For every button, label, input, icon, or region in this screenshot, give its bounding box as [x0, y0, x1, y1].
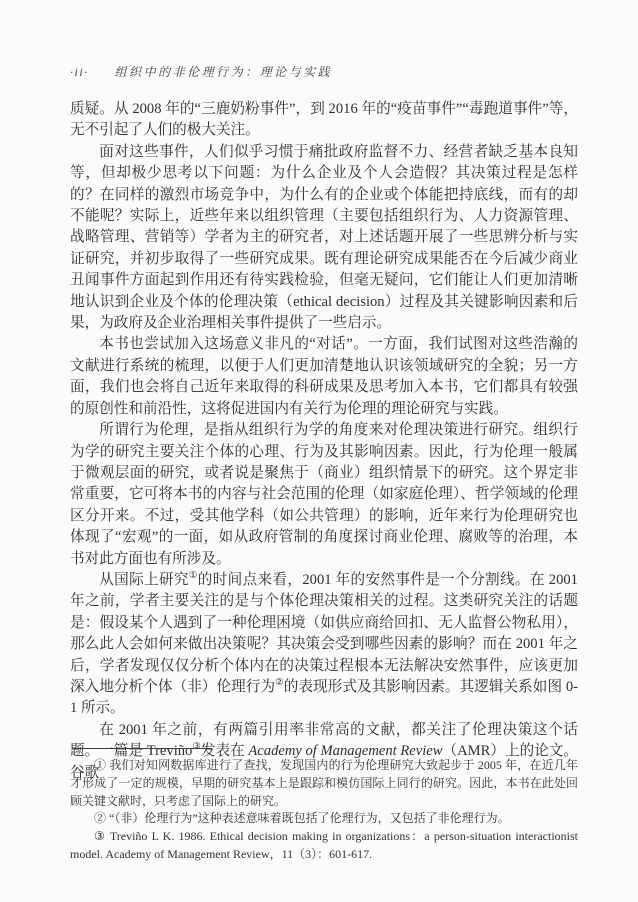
page-header: ·ii· 组织中的非伦理行为：理论与实践	[70, 63, 578, 80]
body-paragraph: 质疑。从 2008 年的“三鹿奶粉事件”，到 2016 年的“疫苗事件”“毒跑道…	[70, 99, 578, 142]
footnote-separator	[72, 748, 212, 749]
body-paragraph: 从国际上研究①的时间点来看，2001 年的安然事件是一个分割线。在 2001 年…	[70, 570, 578, 720]
running-title: 组织中的非伦理行为：理论与实践	[115, 63, 333, 80]
book-page: ·ii· 组织中的非伦理行为：理论与实践 质疑。从 2008 年的“三鹿奶粉事件…	[0, 0, 638, 902]
body-text: 质疑。从 2008 年的“三鹿奶粉事件”，到 2016 年的“疫苗事件”“毒跑道…	[70, 99, 578, 784]
footnote-ref: ②	[275, 678, 284, 688]
text-run: ① 我们对知网数据库进行了查找，发现国内的行为伦理研究大致起步于 2005 年，…	[70, 758, 578, 808]
text-run: 的时间点来看，2001 年的安然事件是一个分割线。在 2001 年之前，学者主要…	[70, 572, 578, 695]
footnote: ② “（非）伦理行为”这种表述意味着既包括了伦理行为，又包括了非伦理行为。	[70, 810, 578, 828]
text-run: ② “（非）伦理行为”这种表述意味着既包括了伦理行为，又包括了非伦理行为。	[94, 811, 510, 825]
footnote: ③ Treviño L K. 1986. Ethical decision ma…	[70, 828, 578, 864]
text-run: 本书也尝试加入这场意义非凡的“对话”。一方面，我们试图对这些浩瀚的文献进行系统的…	[70, 336, 578, 416]
footnote-ref: ①	[189, 571, 198, 581]
text-run: 从国际上研究	[99, 572, 189, 588]
text-run: 质疑。从 2008 年的“三鹿奶粉事件”，到 2016 年的“疫苗事件”“毒跑道…	[70, 101, 578, 138]
text-run: 所谓行为伦理，是指从组织行为学的角度来对伦理决策进行研究。组织行为学的研究主要关…	[70, 422, 578, 566]
body-paragraph: 所谓行为伦理，是指从组织行为学的角度来对伦理决策进行研究。组织行为学的研究主要关…	[70, 420, 578, 570]
body-paragraph: 本书也尝试加入这场意义非凡的“对话”。一方面，我们试图对这些浩瀚的文献进行系统的…	[70, 334, 578, 420]
footnotes: ① 我们对知网数据库进行了查找，发现国内的行为伦理研究大致起步于 2005 年，…	[70, 757, 578, 864]
page-number: ·ii·	[70, 65, 89, 80]
text-run: 面对这些事件，人们似乎习惯于痛批政府监督不力、经营者缺乏基本良知等，但却极少思考…	[70, 144, 578, 331]
text-run: ③ Treviño L K. 1986. Ethical decision ma…	[70, 829, 578, 861]
body-paragraph: 面对这些事件，人们似乎习惯于痛批政府监督不力、经营者缺乏基本良知等，但却极少思考…	[70, 142, 578, 335]
footnote: ① 我们对知网数据库进行了查找，发现国内的行为伦理研究大致起步于 2005 年，…	[70, 757, 578, 810]
